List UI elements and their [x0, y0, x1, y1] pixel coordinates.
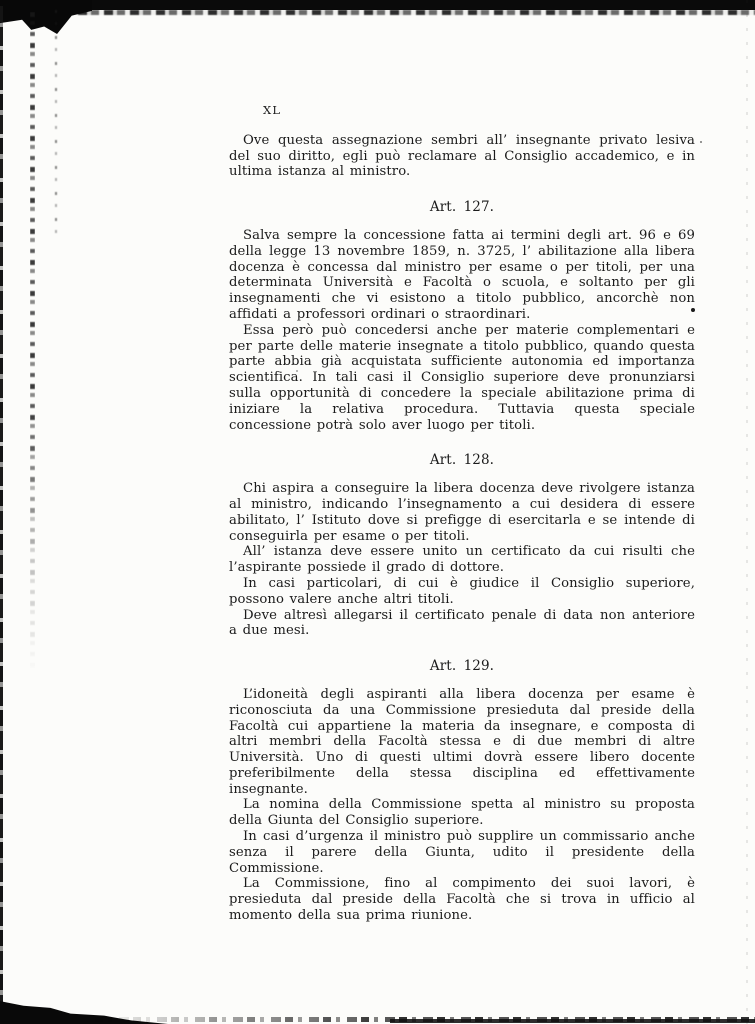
paragraph: All’ istanza deve essere unito un certif… — [229, 544, 695, 576]
paragraph: La Commissione, fino al compimento dei s… — [229, 876, 695, 923]
paragraph: Salva sempre la concessione fatta ai ter… — [229, 228, 695, 323]
paragraph: La nomina della Commissione spetta al mi… — [229, 797, 695, 829]
scan-artifact-top-edge — [0, 0, 755, 10]
scanned-book-page: XL Ove questa assegnazione sembri all’ i… — [0, 0, 755, 1024]
scan-artifact-ink-speck — [700, 141, 702, 143]
article-heading-127: Art. 127. — [229, 200, 695, 216]
paragraph: Essa però può concedersi anche per mater… — [229, 323, 695, 434]
paragraph: Deve altresì allegarsi il certificato pe… — [229, 608, 695, 640]
article-heading-128: Art. 128. — [229, 453, 695, 469]
scan-artifact-left-edge — [0, 6, 3, 1024]
scan-artifact-top-left-blob — [0, 0, 92, 34]
scan-artifact-bottom-solid-line — [390, 1019, 755, 1023]
paragraph: In casi d’urgenza il ministro può suppli… — [229, 829, 695, 876]
intro-paragraph: Ove questa assegnazione sembri all’ inse… — [229, 133, 695, 180]
scan-artifact-right-edge-speckle — [746, 0, 748, 1024]
text-block: XL Ove questa assegnazione sembri all’ i… — [229, 103, 695, 924]
paragraph: L’idoneità degli aspiranti alla libera d… — [229, 687, 695, 798]
article-heading-129: Art. 129. — [229, 659, 695, 675]
scan-artifact-binding-speckle — [30, 12, 35, 672]
scan-artifact-binding-speckle-secondary — [55, 10, 57, 240]
paragraph: In casi particolari, di cui è giudice il… — [229, 576, 695, 608]
page-number: XL — [263, 103, 695, 119]
paragraph: Chi aspira a conseguire la libera docenz… — [229, 481, 695, 544]
